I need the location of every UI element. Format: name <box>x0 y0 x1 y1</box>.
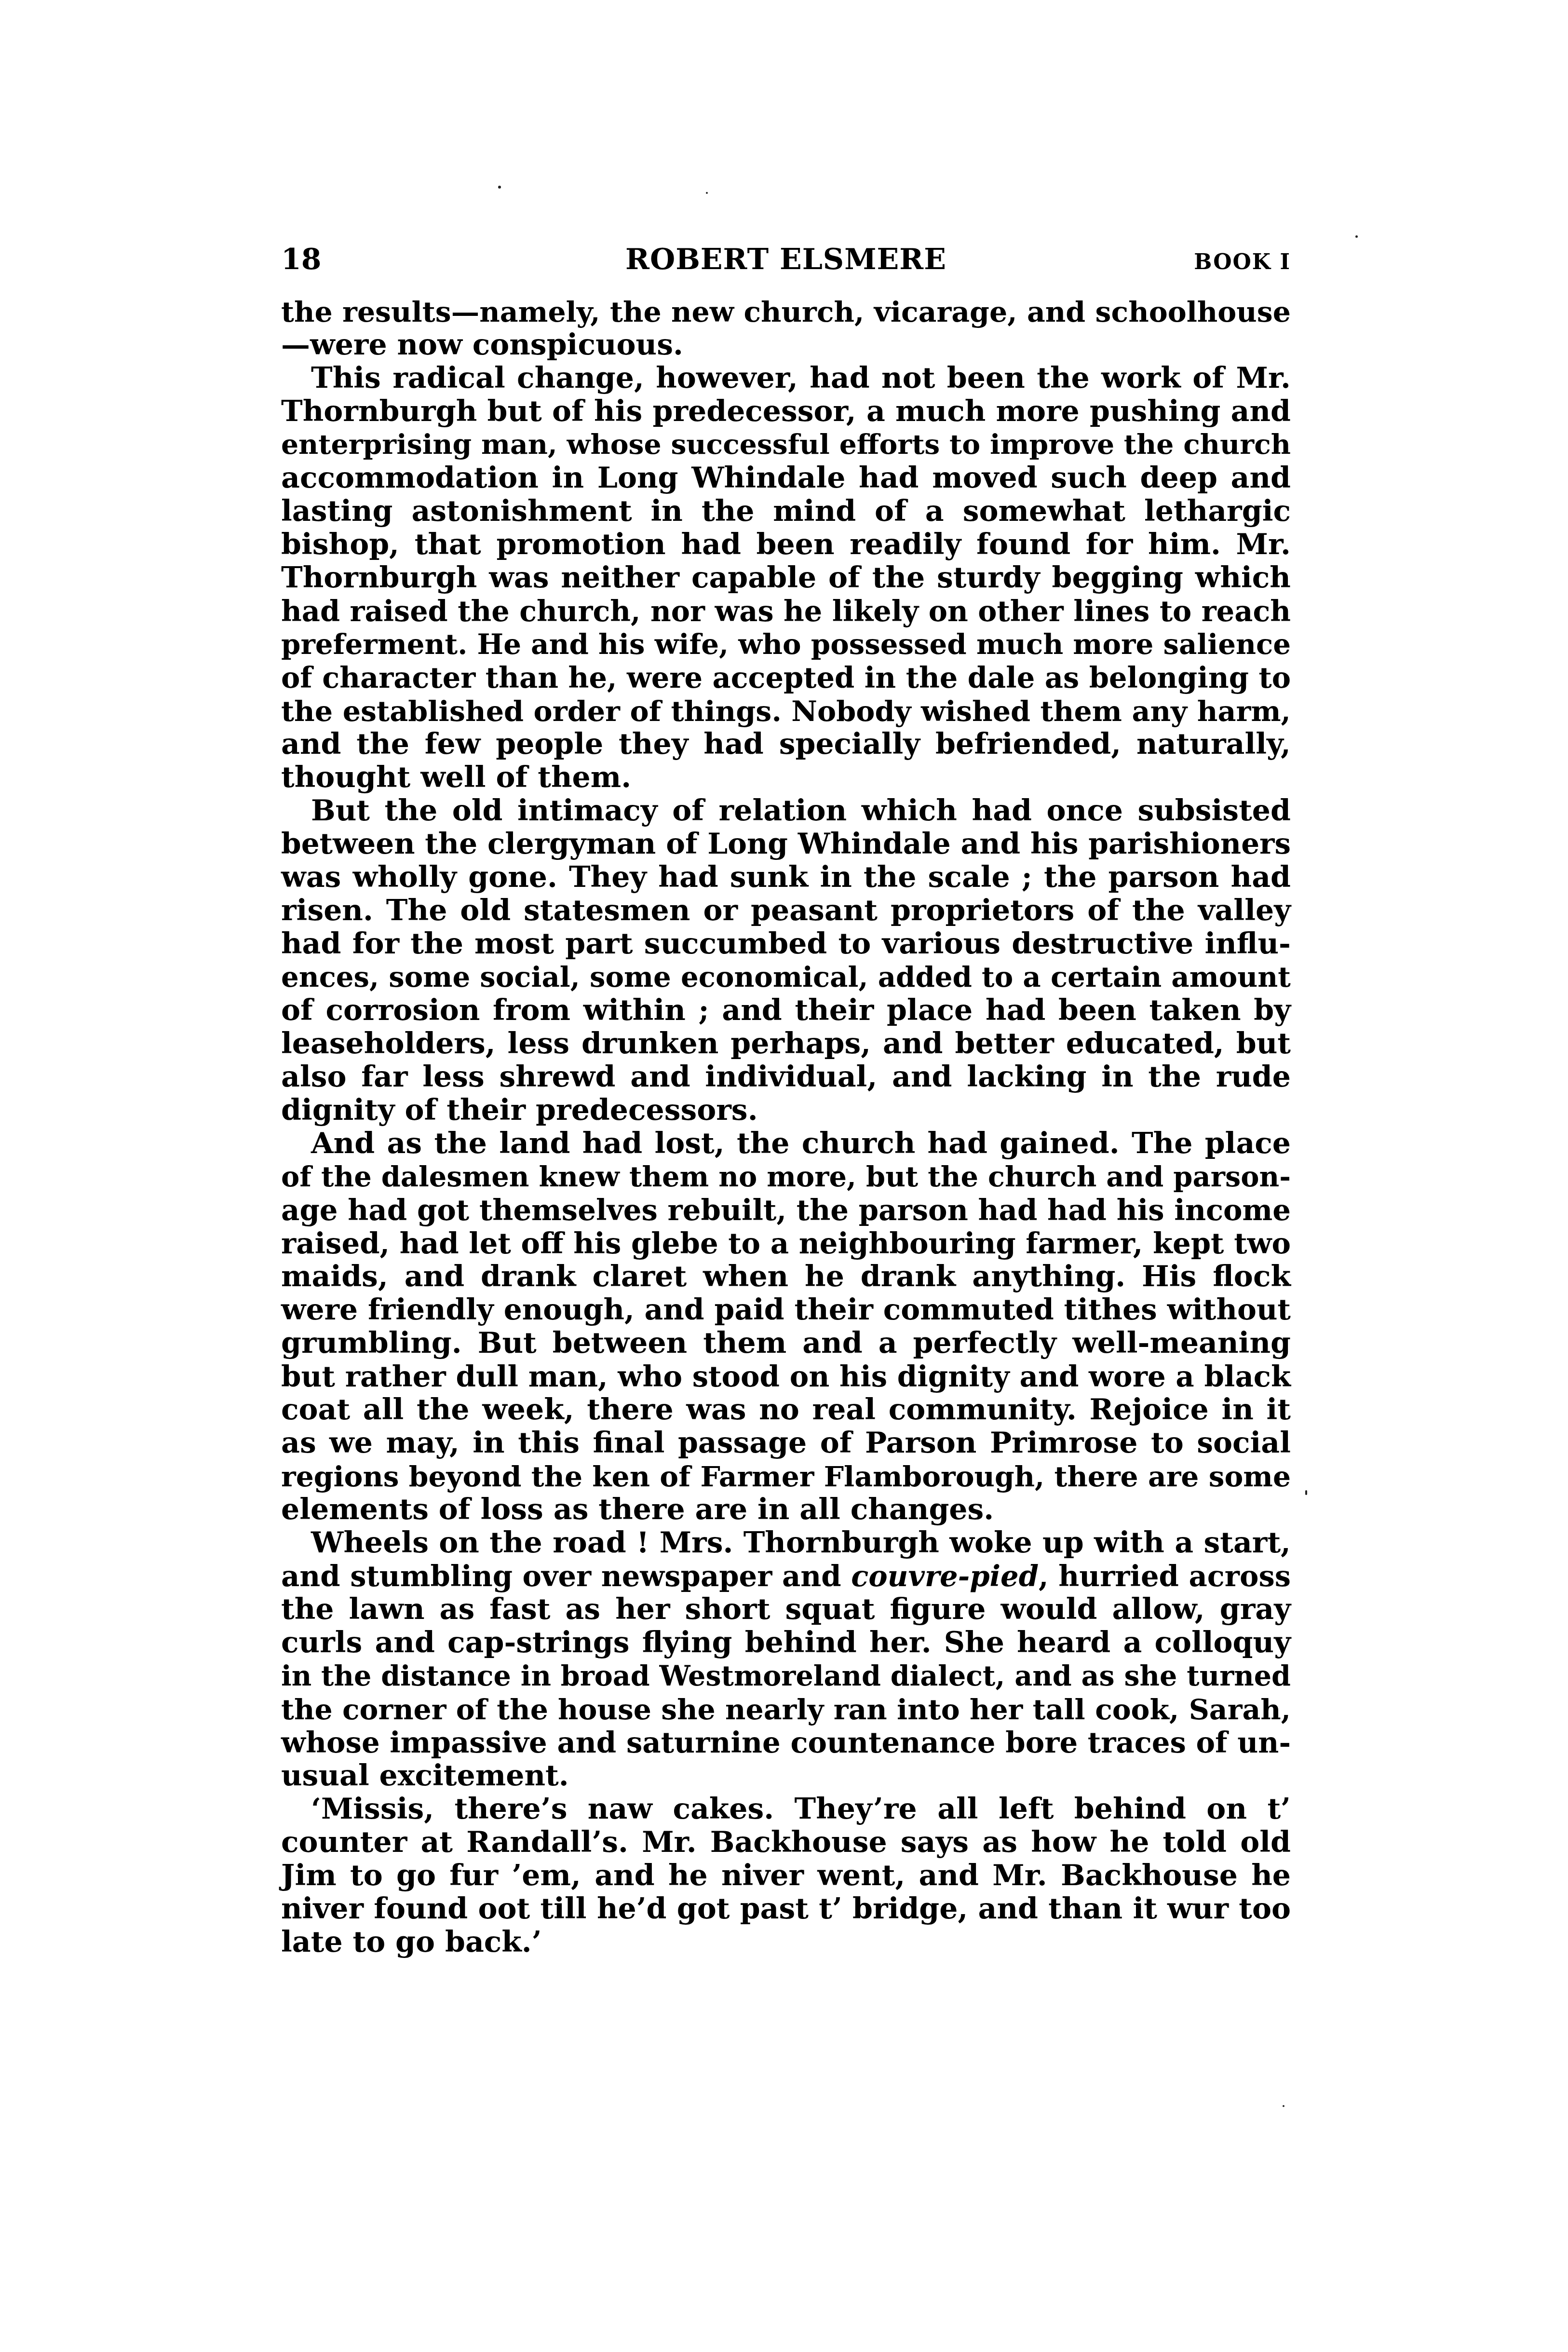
text-line: enterprising man, whose successful effor… <box>281 428 1291 462</box>
text-line: were friendly enough, and paid their com… <box>281 1293 1291 1327</box>
text-line: raised, had let off his glebe to a neigh… <box>281 1227 1291 1260</box>
text-line: as we may, in this final passage of Pars… <box>281 1427 1291 1460</box>
text-line: This radical change, however, had not be… <box>281 362 1291 395</box>
text-line: age had got themselves rebuilt, the pars… <box>281 1194 1291 1227</box>
text-line: thought well of them. <box>281 761 1291 794</box>
text-line: the established order of things. Nobody … <box>281 694 1291 728</box>
italic-term: couvre-pied <box>851 1559 1039 1593</box>
text-line: counter at Randall’s. Mr. Backhouse says… <box>281 1826 1291 1859</box>
text-line: the results—namely, the new church, vica… <box>281 295 1291 328</box>
text-fragment: and stumbling over newspaper and <box>281 1559 851 1593</box>
text-line: niver found oot till he’d got past t’ br… <box>281 1892 1291 1926</box>
text-line: accommodation in Long Whindale had moved… <box>281 462 1291 495</box>
text-line: but rather dull man, who stood on his di… <box>281 1360 1291 1393</box>
text-line: of corrosion from within ; and their pla… <box>281 994 1291 1027</box>
scan-speck <box>706 192 708 194</box>
body-text: the results—namely, the new church, vica… <box>281 295 1291 1959</box>
text-line: grumbling. But between them and a perfec… <box>281 1327 1291 1360</box>
running-title: ROBERT ELSMERE <box>281 240 1291 279</box>
text-line: preferment. He and his wife, who possess… <box>281 628 1291 661</box>
text-line: whose impassive and saturnine countenanc… <box>281 1726 1291 1759</box>
text-line: lasting astonishment in the mind of a so… <box>281 495 1291 528</box>
text-line: had raised the church, nor was he likely… <box>281 595 1291 628</box>
text-line: But the old intimacy of relation which h… <box>281 794 1291 828</box>
text-line: Jim to go fur ’em, and he niver went, an… <box>281 1859 1291 1892</box>
text-line: usual excitement. <box>281 1759 1291 1793</box>
text-line: ences, some social, some economical, add… <box>281 961 1291 994</box>
scan-speck <box>498 186 501 189</box>
text-line: had for the most part succumbed to vario… <box>281 927 1291 961</box>
text-line: ‘Missis, there’s naw cakes. They’re all … <box>281 1793 1291 1826</box>
text-line: Wheels on the road ! Mrs. Thornburgh wok… <box>281 1526 1291 1560</box>
text-line: was wholly gone. They had sunk in the sc… <box>281 861 1291 894</box>
scan-speck <box>1283 2105 1284 2107</box>
text-line: leaseholders, less drunken perhaps, and … <box>281 1027 1291 1060</box>
text-line: in the distance in broad Westmoreland di… <box>281 1659 1291 1693</box>
text-line: maids, and drank claret when he drank an… <box>281 1260 1291 1293</box>
text-line: late to go back.’ <box>281 1926 1291 1959</box>
text-line: the corner of the house she nearly ran i… <box>281 1693 1291 1726</box>
running-header: 18 ROBERT ELSMERE BOOK I <box>281 240 1291 279</box>
text-line: regions beyond the ken of Farmer Flambor… <box>281 1460 1291 1493</box>
text-line: elements of loss as there are in all cha… <box>281 1493 1291 1526</box>
scan-speck <box>1305 1490 1307 1495</box>
text-fragment: , hurried across <box>1039 1559 1291 1593</box>
book-page: 18 ROBERT ELSMERE BOOK I the results—nam… <box>0 0 1568 2352</box>
text-line: between the clergyman of Long Whindale a… <box>281 828 1291 861</box>
text-line: coat all the week, there was no real com… <box>281 1393 1291 1427</box>
text-line: of character than he, were accepted in t… <box>281 661 1291 694</box>
text-line: curls and cap-strings flying behind her.… <box>281 1626 1291 1659</box>
text-line: —were now conspicuous. <box>281 328 1291 362</box>
text-line: of the dalesmen knew them no more, but t… <box>281 1160 1291 1194</box>
text-line: dignity of their predecessors. <box>281 1094 1291 1127</box>
text-line: risen. The old statesmen or peasant prop… <box>281 894 1291 927</box>
text-line: the lawn as fast as her short squat figu… <box>281 1593 1291 1626</box>
text-line: Thornburgh was neither capable of the st… <box>281 561 1291 595</box>
text-line: bishop, that promotion had been readily … <box>281 528 1291 561</box>
section-label: BOOK I <box>1194 243 1291 282</box>
text-line: also far less shrewd and individual, and… <box>281 1060 1291 1094</box>
text-line: Thornburgh but of his predecessor, a muc… <box>281 395 1291 428</box>
scan-speck <box>1355 235 1358 238</box>
text-line: and stumbling over newspaper and couvre-… <box>281 1560 1291 1593</box>
text-line: And as the land had lost, the church had… <box>281 1127 1291 1160</box>
text-line: and the few people they had specially be… <box>281 728 1291 761</box>
